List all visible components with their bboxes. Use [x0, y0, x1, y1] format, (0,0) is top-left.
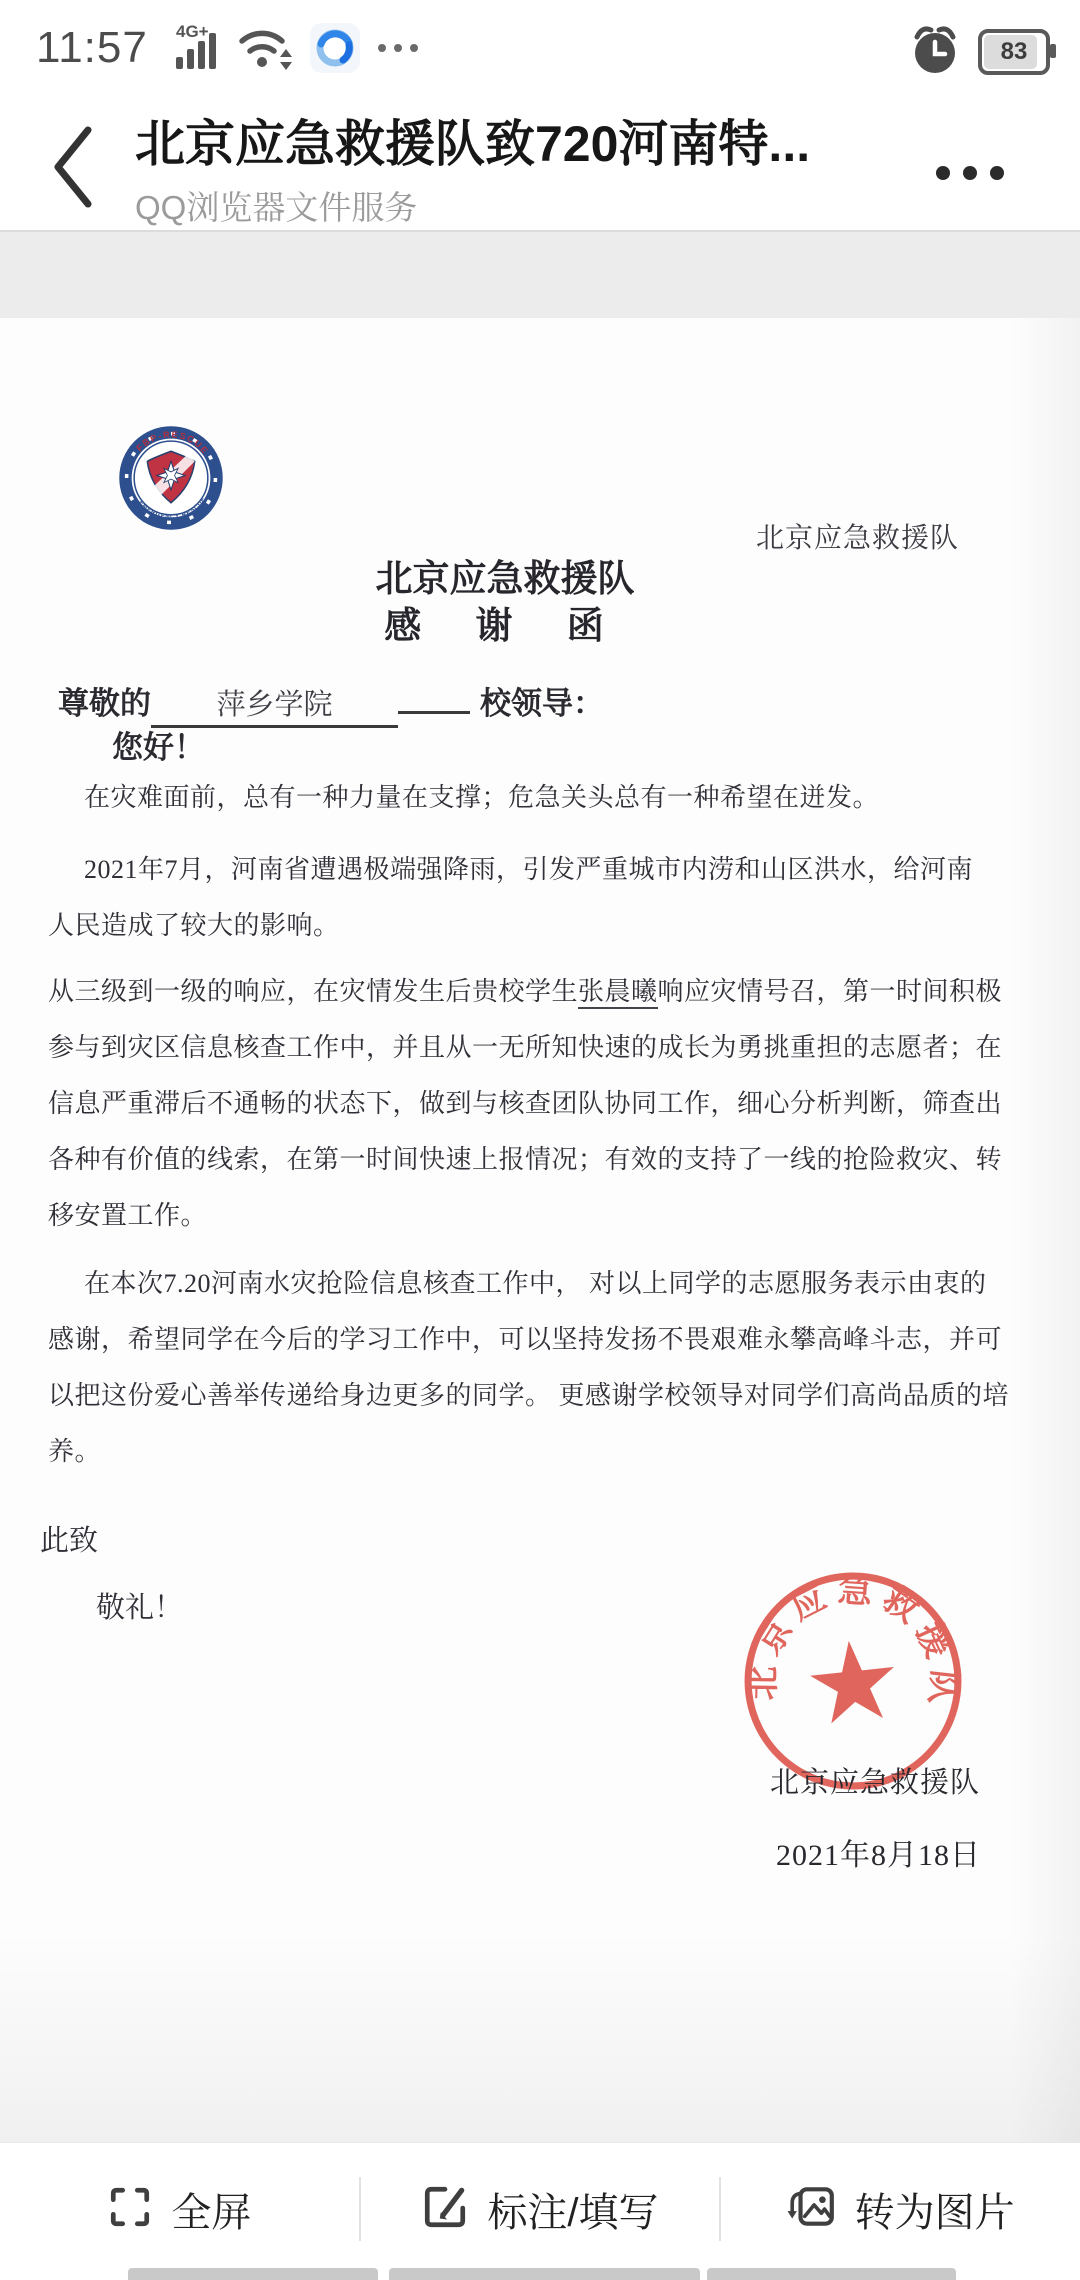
salutation: 尊敬的萍乡学院校领导：: [58, 678, 604, 728]
bottom-toolbar: 全屏 标注/填写: [0, 2142, 1080, 2280]
letter-body: 在灾难面前，总有一种力量在支撑；危急关头总有一种希望在迸发。 2021年7月，河…: [48, 770, 1014, 1480]
signal-icon: 4G+: [164, 21, 222, 76]
fullscreen-icon: [107, 2184, 153, 2235]
more-menu-button[interactable]: [926, 156, 1014, 190]
salutation-suffix: 校领导：: [480, 686, 604, 721]
status-more-icon: [378, 44, 418, 52]
document-viewer[interactable]: FBP-RESCUE EMERGENCY RESCUE 北京应急救援队 北京应急…: [0, 230, 1080, 2142]
rescue-team-logo: FBP-RESCUE EMERGENCY RESCUE: [118, 425, 224, 531]
body-line: 信息严重滞后不通畅的状态下，做到与核查团队协同工作，细心分析判断，筛查出: [48, 1076, 1014, 1132]
alarm-icon: [908, 22, 962, 81]
body-line: 参与到灾区信息核查工作中，并且从一无所知快速的成长为勇挑重担的志愿者；在: [48, 1020, 1014, 1076]
body-line: 在灾难面前，总有一种力量在支撑；危急关头总有一种希望在迸发。: [48, 770, 1014, 826]
letter-org-title: 北京应急救援队: [0, 548, 1010, 602]
scan-shadow-right: [1010, 318, 1080, 2142]
file-title: 北京应急救援队致720河南特...: [135, 112, 865, 176]
status-time: 11:57: [36, 23, 148, 73]
body-line: 移安置工作。: [48, 1188, 1014, 1244]
letter-page: FBP-RESCUE EMERGENCY RESCUE 北京应急救援队 北京应急…: [0, 318, 1080, 2142]
body-line: 从三级到一级的响应，在灾情发生后贵校学生张晨曦响应灾情号召，第一时间积极: [48, 964, 1014, 1020]
battery-percent: 83: [982, 33, 1046, 71]
annotate-label: 标注/填写: [487, 2181, 658, 2238]
signature-org: 北京应急救援队: [770, 1760, 980, 1801]
body-line: 在本次7.20河南水灾抢险信息核查工作中， 对以上同学的志愿服务表示由衷的: [48, 1256, 1014, 1312]
salutation-prefix: 尊敬的: [58, 686, 151, 721]
body-line: 感谢，希望同学在今后的学习工作中，可以坚持发扬不畏艰难永攀高峰斗志，并可: [48, 1312, 1014, 1368]
svg-text:4G+: 4G+: [176, 22, 209, 41]
body-line: 养。: [48, 1424, 1014, 1480]
closing-cizhi: 此致: [40, 1518, 98, 1559]
wifi-icon: [238, 21, 294, 76]
screen: 11:57 4G+: [0, 0, 1080, 2280]
battery-icon: 83: [978, 29, 1050, 75]
body-line: 各种有价值的线索，在第一时间快速上报情况；有效的支持了一线的抢险救灾、转: [48, 1132, 1014, 1188]
body-line: 以把这份爱心善举传递给身边更多的同学。 更感谢学校领导对同学们高尚品质的培: [48, 1368, 1014, 1424]
convert-image-icon: [787, 2183, 837, 2236]
fullscreen-button[interactable]: 全屏: [0, 2171, 359, 2247]
convert-image-label: 转为图片: [855, 2181, 1015, 2238]
blank-underline: [398, 681, 470, 714]
file-source: QQ浏览器文件服务: [135, 182, 865, 229]
fullscreen-label: 全屏: [171, 2181, 251, 2238]
annotate-icon: [421, 2183, 469, 2236]
closing-jingli: 敬礼！: [96, 1585, 183, 1626]
viewer-top-margin: [0, 230, 1080, 318]
bottom-placeholder-bars: [0, 2268, 1080, 2280]
body-line: 人民造成了较大的影响。: [48, 898, 1014, 954]
annotate-button[interactable]: 标注/填写: [361, 2171, 720, 2247]
status-bar: 11:57 4G+: [0, 0, 1080, 112]
convert-image-button[interactable]: 转为图片: [721, 2171, 1080, 2247]
back-button[interactable]: [44, 122, 100, 212]
letter-date: 2021年8月18日: [776, 1830, 981, 1874]
header-titles: 北京应急救援队致720河南特... QQ浏览器文件服务: [135, 112, 865, 229]
scan-shadow-bottom: [0, 1932, 1080, 2142]
student-name: 张晨曦: [578, 977, 658, 1009]
body-line: 2021年7月，河南省遭遇极端强降雨，引发严重城市内涝和山区洪水，给河南: [48, 842, 1014, 898]
greeting: 您好！: [112, 722, 205, 767]
file-header: 北京应急救援队致720河南特... QQ浏览器文件服务: [0, 112, 1080, 230]
qq-browser-icon: [310, 23, 360, 73]
letter-title: 感 谢 函: [0, 595, 1010, 649]
